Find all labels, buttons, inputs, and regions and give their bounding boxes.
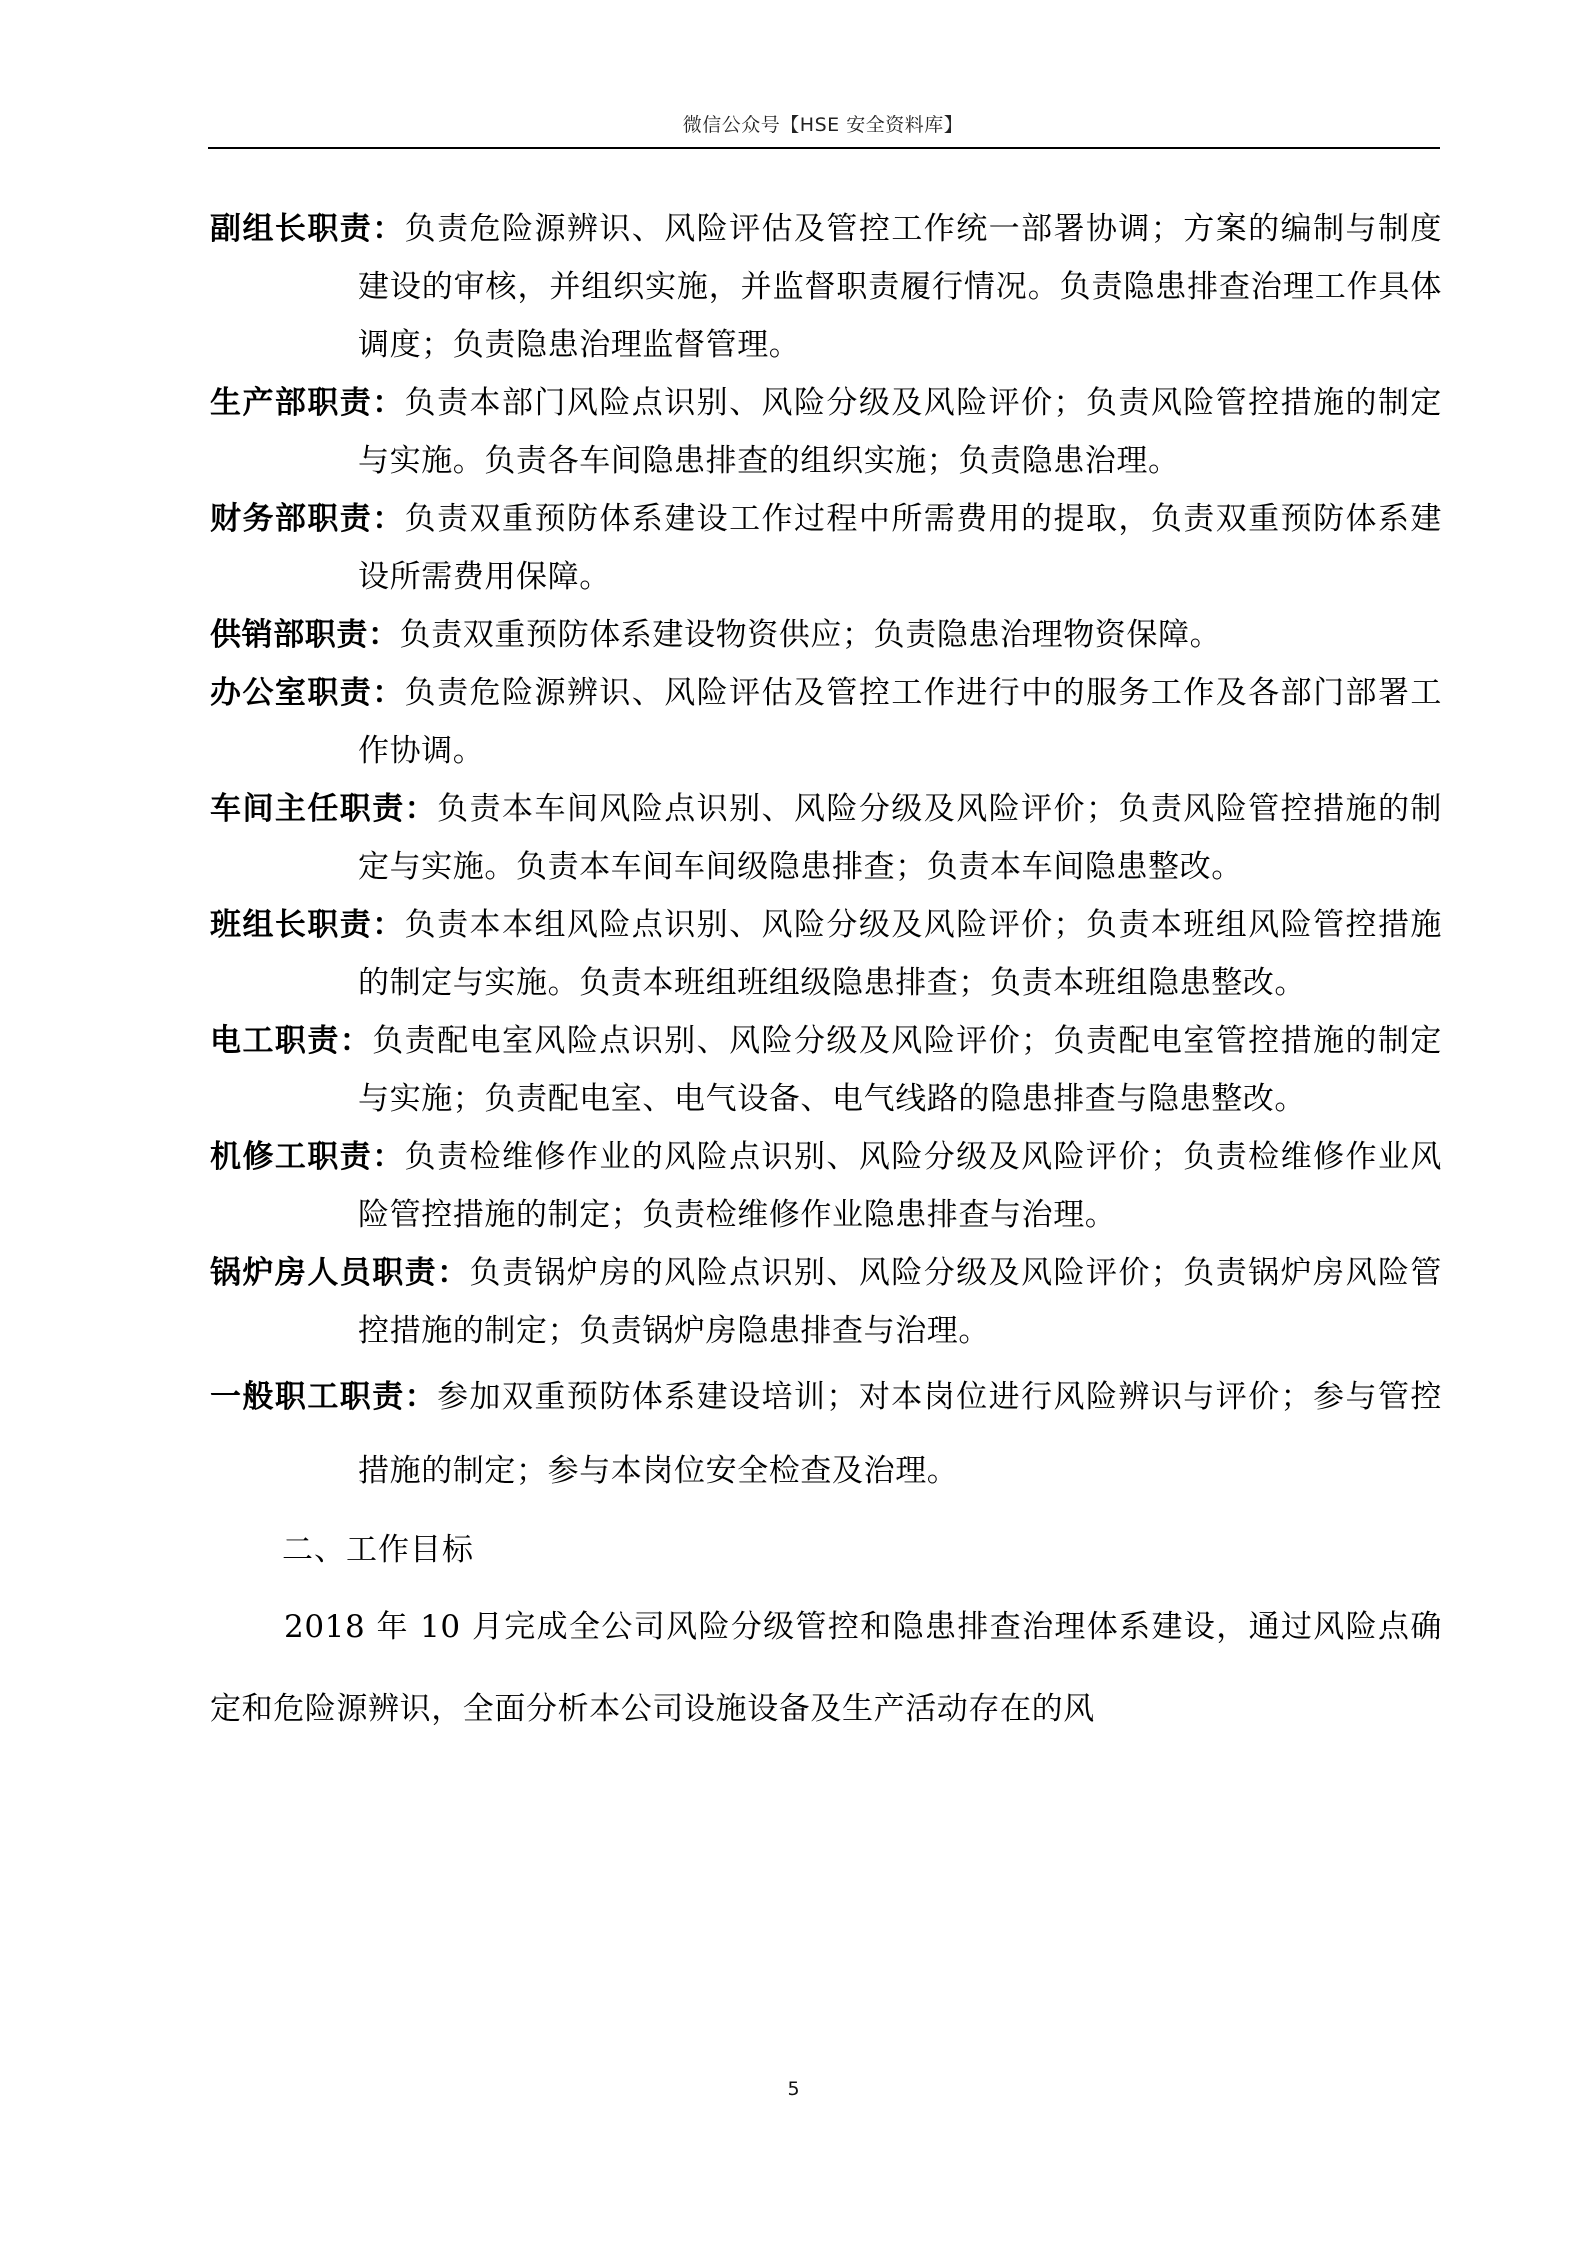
duty-text: 负责双重预防体系建设物资供应；负责隐患治理物资保障。 <box>400 617 1222 653</box>
duty-role-label: 车间主任职责： <box>210 791 437 827</box>
duty-office: 办公室职责：负责危险源辨识、风险评估及管控工作进行中的服务工作及各部门部署工作协… <box>210 664 1442 780</box>
duty-role-label: 机修工职责： <box>210 1139 405 1175</box>
duty-role-label: 生产部职责： <box>210 385 405 421</box>
section-heading: 二、工作目标 <box>210 1514 1442 1586</box>
duty-role-label: 副组长职责： <box>210 211 405 247</box>
duty-boiler-room-staff: 锅炉房人员职责：负责锅炉房的风险点识别、风险分级及风险评价；负责锅炉房风险管控措… <box>210 1244 1442 1360</box>
duty-text: 负责检维修作业的风险点识别、风险分级及风险评价；负责检维修作业风险管控措施的制定… <box>358 1139 1442 1233</box>
duty-text: 负责危险源辨识、风险评估及管控工作进行中的服务工作及各部门部署工作协调。 <box>358 675 1442 769</box>
duty-text: 负责配电室风险点识别、风险分级及风险评价；负责配电室管控措施的制定与实施；负责配… <box>358 1023 1442 1117</box>
duty-text: 负责本本组风险点识别、风险分级及风险评价；负责本班组风险管控措施的制定与实施。负… <box>358 907 1442 1001</box>
page-header: 微信公众号【HSE 安全资料库】 <box>208 110 1438 137</box>
duty-role-label: 班组长职责： <box>210 907 405 943</box>
duty-role-label: 供销部职责： <box>210 617 400 653</box>
duty-team-leader: 班组长职责：负责本本组风险点识别、风险分级及风险评价；负责本班组风险管控措施的制… <box>210 896 1442 1012</box>
duty-role-label: 电工职责： <box>210 1023 372 1059</box>
duty-workshop-director: 车间主任职责：负责本车间风险点识别、风险分级及风险评价；负责风险管控措施的制定与… <box>210 780 1442 896</box>
duty-role-label: 一般职工职责： <box>210 1379 437 1415</box>
duty-supply-dept: 供销部职责：负责双重预防体系建设物资供应；负责隐患治理物资保障。 <box>210 606 1442 664</box>
page-number: 5 <box>0 2078 1587 2100</box>
duty-finance-dept: 财务部职责：负责双重预防体系建设工作过程中所需费用的提取，负责双重预防体系建设所… <box>210 490 1442 606</box>
duty-role-label: 办公室职责： <box>210 675 405 711</box>
duty-text: 参加双重预防体系建设培训；对本岗位进行风险辨识与评价；参与管控措施的制定；参与本… <box>358 1379 1442 1489</box>
duty-role-label: 锅炉房人员职责： <box>210 1255 470 1291</box>
duty-role-label: 财务部职责： <box>210 501 405 537</box>
duty-mechanic: 机修工职责：负责检维修作业的风险点识别、风险分级及风险评价；负责检维修作业风险管… <box>210 1128 1442 1244</box>
document-body: 副组长职责：负责危险源辨识、风险评估及管控工作统一部署协调；方案的编制与制度建设… <box>210 200 1442 1750</box>
duty-text: 负责本车间风险点识别、风险分级及风险评价；负责风险管控措施的制定与实施。负责本车… <box>358 791 1442 885</box>
duty-deputy-leader: 副组长职责：负责危险源辨识、风险评估及管控工作统一部署协调；方案的编制与制度建设… <box>210 200 1442 374</box>
duty-text: 负责锅炉房的风险点识别、风险分级及风险评价；负责锅炉房风险管控措施的制定；负责锅… <box>358 1255 1442 1349</box>
header-divider <box>208 147 1440 149</box>
duty-text: 负责危险源辨识、风险评估及管控工作统一部署协调；方案的编制与制度建设的审核，并组… <box>358 211 1442 363</box>
section-paragraph: 2018 年 10 月完成全公司风险分级管控和隐患排查治理体系建设，通过风险点确… <box>210 1586 1442 1750</box>
duty-text: 负责双重预防体系建设工作过程中所需费用的提取，负责双重预防体系建设所需费用保障。 <box>358 501 1442 595</box>
duty-text: 负责本部门风险点识别、风险分级及风险评价；负责风险管控措施的制定与实施。负责各车… <box>358 385 1442 479</box>
duty-general-staff: 一般职工职责：参加双重预防体系建设培训；对本岗位进行风险辨识与评价；参与管控措施… <box>210 1360 1442 1508</box>
duty-electrician: 电工职责：负责配电室风险点识别、风险分级及风险评价；负责配电室管控措施的制定与实… <box>210 1012 1442 1128</box>
duty-production-dept: 生产部职责：负责本部门风险点识别、风险分级及风险评价；负责风险管控措施的制定与实… <box>210 374 1442 490</box>
